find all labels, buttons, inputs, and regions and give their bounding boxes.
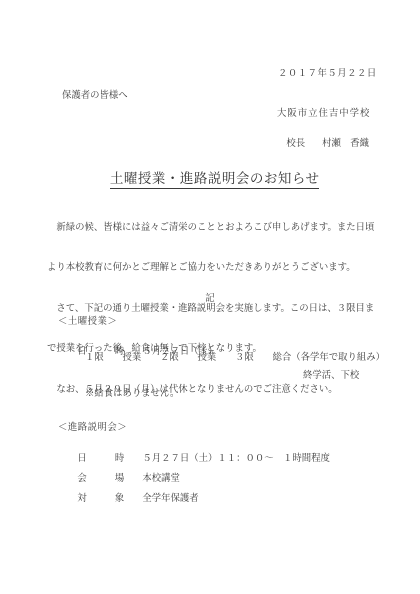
career-meeting-heading: ＜進路説明会＞ (58, 423, 127, 435)
career-audience-row: 対 象全学年保護者 (68, 482, 199, 517)
saturday-schedule-end: 終学活、下校 (303, 371, 359, 383)
sender-school: 大阪市立住吉中学校 (277, 109, 370, 121)
principal-title: 校長 (286, 139, 305, 149)
greeting-line: 新緑の候、皆様には益々ご清栄のこととおよろこび申しあげます。また日頃 (47, 220, 383, 237)
record-marker: 記 (0, 294, 420, 306)
document-title-wrap: 土曜授業・進路説明会のお知らせ (0, 159, 420, 199)
document-title: 土曜授業・進路説明会のお知らせ (110, 171, 320, 189)
document-page: ２０１７年５月２２日 保護者の皆様へ 大阪市立住吉中学校 校長村瀬 香織 土曜授… (0, 0, 420, 594)
document-date: ２０１７年５月２２日 (278, 69, 377, 81)
career-audience-label: 対 象 (77, 494, 142, 506)
saturday-schedule-line: １限 授業 ２限 授業 ３限 総合（各学年で取り組み） (85, 353, 385, 365)
principal-name: 村瀬 香織 (322, 139, 369, 149)
career-audience-value: 全学年保護者 (142, 494, 198, 504)
lunch-note: ※給食はありません。 (85, 389, 179, 401)
greeting-line: より本校教育に何かとご理解とご協力をいただきありがとうございます。 (47, 260, 383, 277)
saturday-class-heading: ＜土曜授業＞ (58, 317, 117, 329)
recipient-line: 保護者の皆様へ (62, 91, 128, 103)
sender-principal: 校長村瀬 香織 (277, 127, 369, 162)
